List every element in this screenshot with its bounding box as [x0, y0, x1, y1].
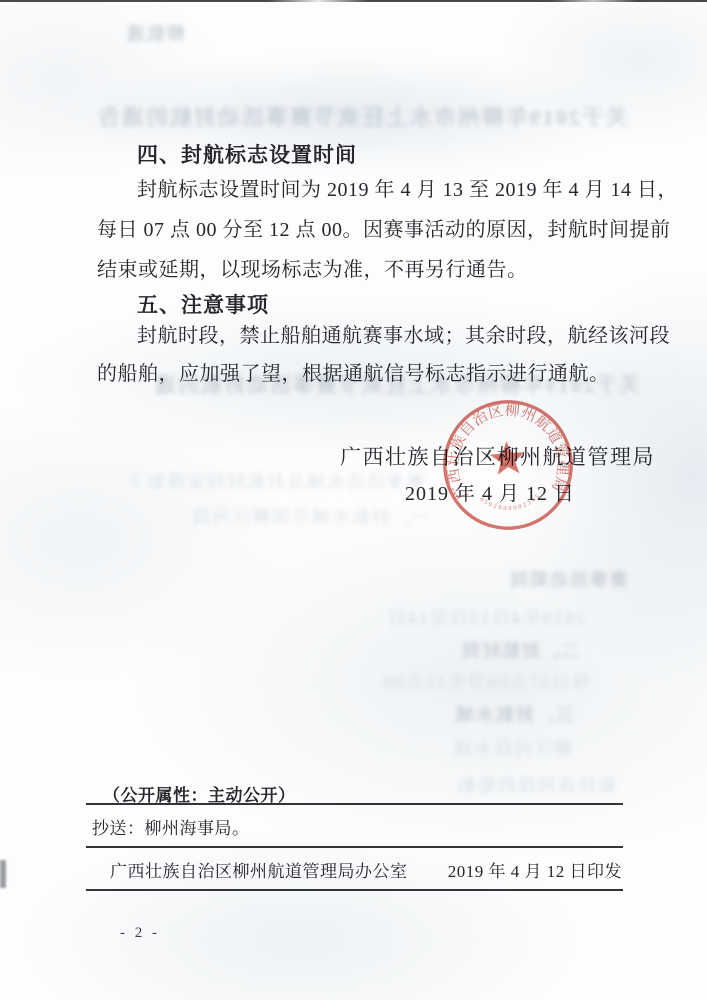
page-number: - 2 -: [120, 925, 160, 942]
scan-edge-smudge: [0, 860, 6, 888]
body-text-line: 每日 07 点 00 分至 12 点 00。因赛事活动的原因，封航时间提前: [97, 216, 671, 244]
bleed-through-text: 航经该河段的船舶注意安全: [456, 772, 616, 798]
scanned-document-page: 柳航通 关于2019年柳州市水上狂欢节赛事活动封航的通告 关于2019年柳州市水…: [0, 0, 707, 1000]
bleed-through-text: 2019年4月13日至14日: [380, 604, 585, 630]
body-text-line: 的船舶，应加强了望，根据通航信号标志指示进行通航。: [97, 360, 610, 388]
section-4-heading: 四、封航标志设置时间: [137, 139, 357, 169]
official-seal-stamp: 广西壮族自治区柳州航道管理局 4502000002345: [436, 393, 579, 536]
divider: [86, 846, 623, 848]
body-text-line: 结束或延期，以现场标志为准，不再另行通告。: [97, 256, 528, 284]
bleed-through-text: 二、封航时间: [452, 637, 580, 663]
svg-text:4502000002345: 4502000002345: [478, 492, 544, 515]
bleed-through-text: 三、封航水域: [422, 701, 574, 727]
bleed-through-text: 柳航通: [55, 20, 185, 46]
bleed-through-text: 一、封航水域范围柳江河段: [85, 503, 430, 529]
bleed-through-text: 每日07点00分至12点00分: [380, 668, 590, 694]
section-5-heading: 五、注意事项: [137, 289, 269, 319]
issuing-office: 广西壮族自治区柳州航道管理局办公室: [110, 857, 408, 882]
bleed-through-text: 赛事活动期间: [458, 566, 628, 592]
print-date: 2019 年 4 月 12 日印发: [448, 857, 622, 882]
divider: [86, 889, 623, 891]
body-text-line: 封航标志设置时间为 2019 年 4 月 13 至 2019 年 4 月 14 …: [137, 176, 678, 204]
bleed-through-text: 柳江河段水域: [452, 735, 572, 761]
scan-edge-artifact: [0, 0, 707, 2]
bleed-through-text: 关于2019年柳州市水上狂欢节赛事活动封航的通告: [88, 101, 628, 132]
body-text-line: 封航时段，禁止船舶通航赛事水域；其余时段，航经该河段: [137, 322, 670, 350]
seal-code-number: 4502000002345: [478, 492, 544, 515]
seal-star-icon: [489, 440, 526, 475]
cc-line: 抄送：柳州海事局。: [92, 814, 250, 839]
divider: [86, 803, 623, 805]
